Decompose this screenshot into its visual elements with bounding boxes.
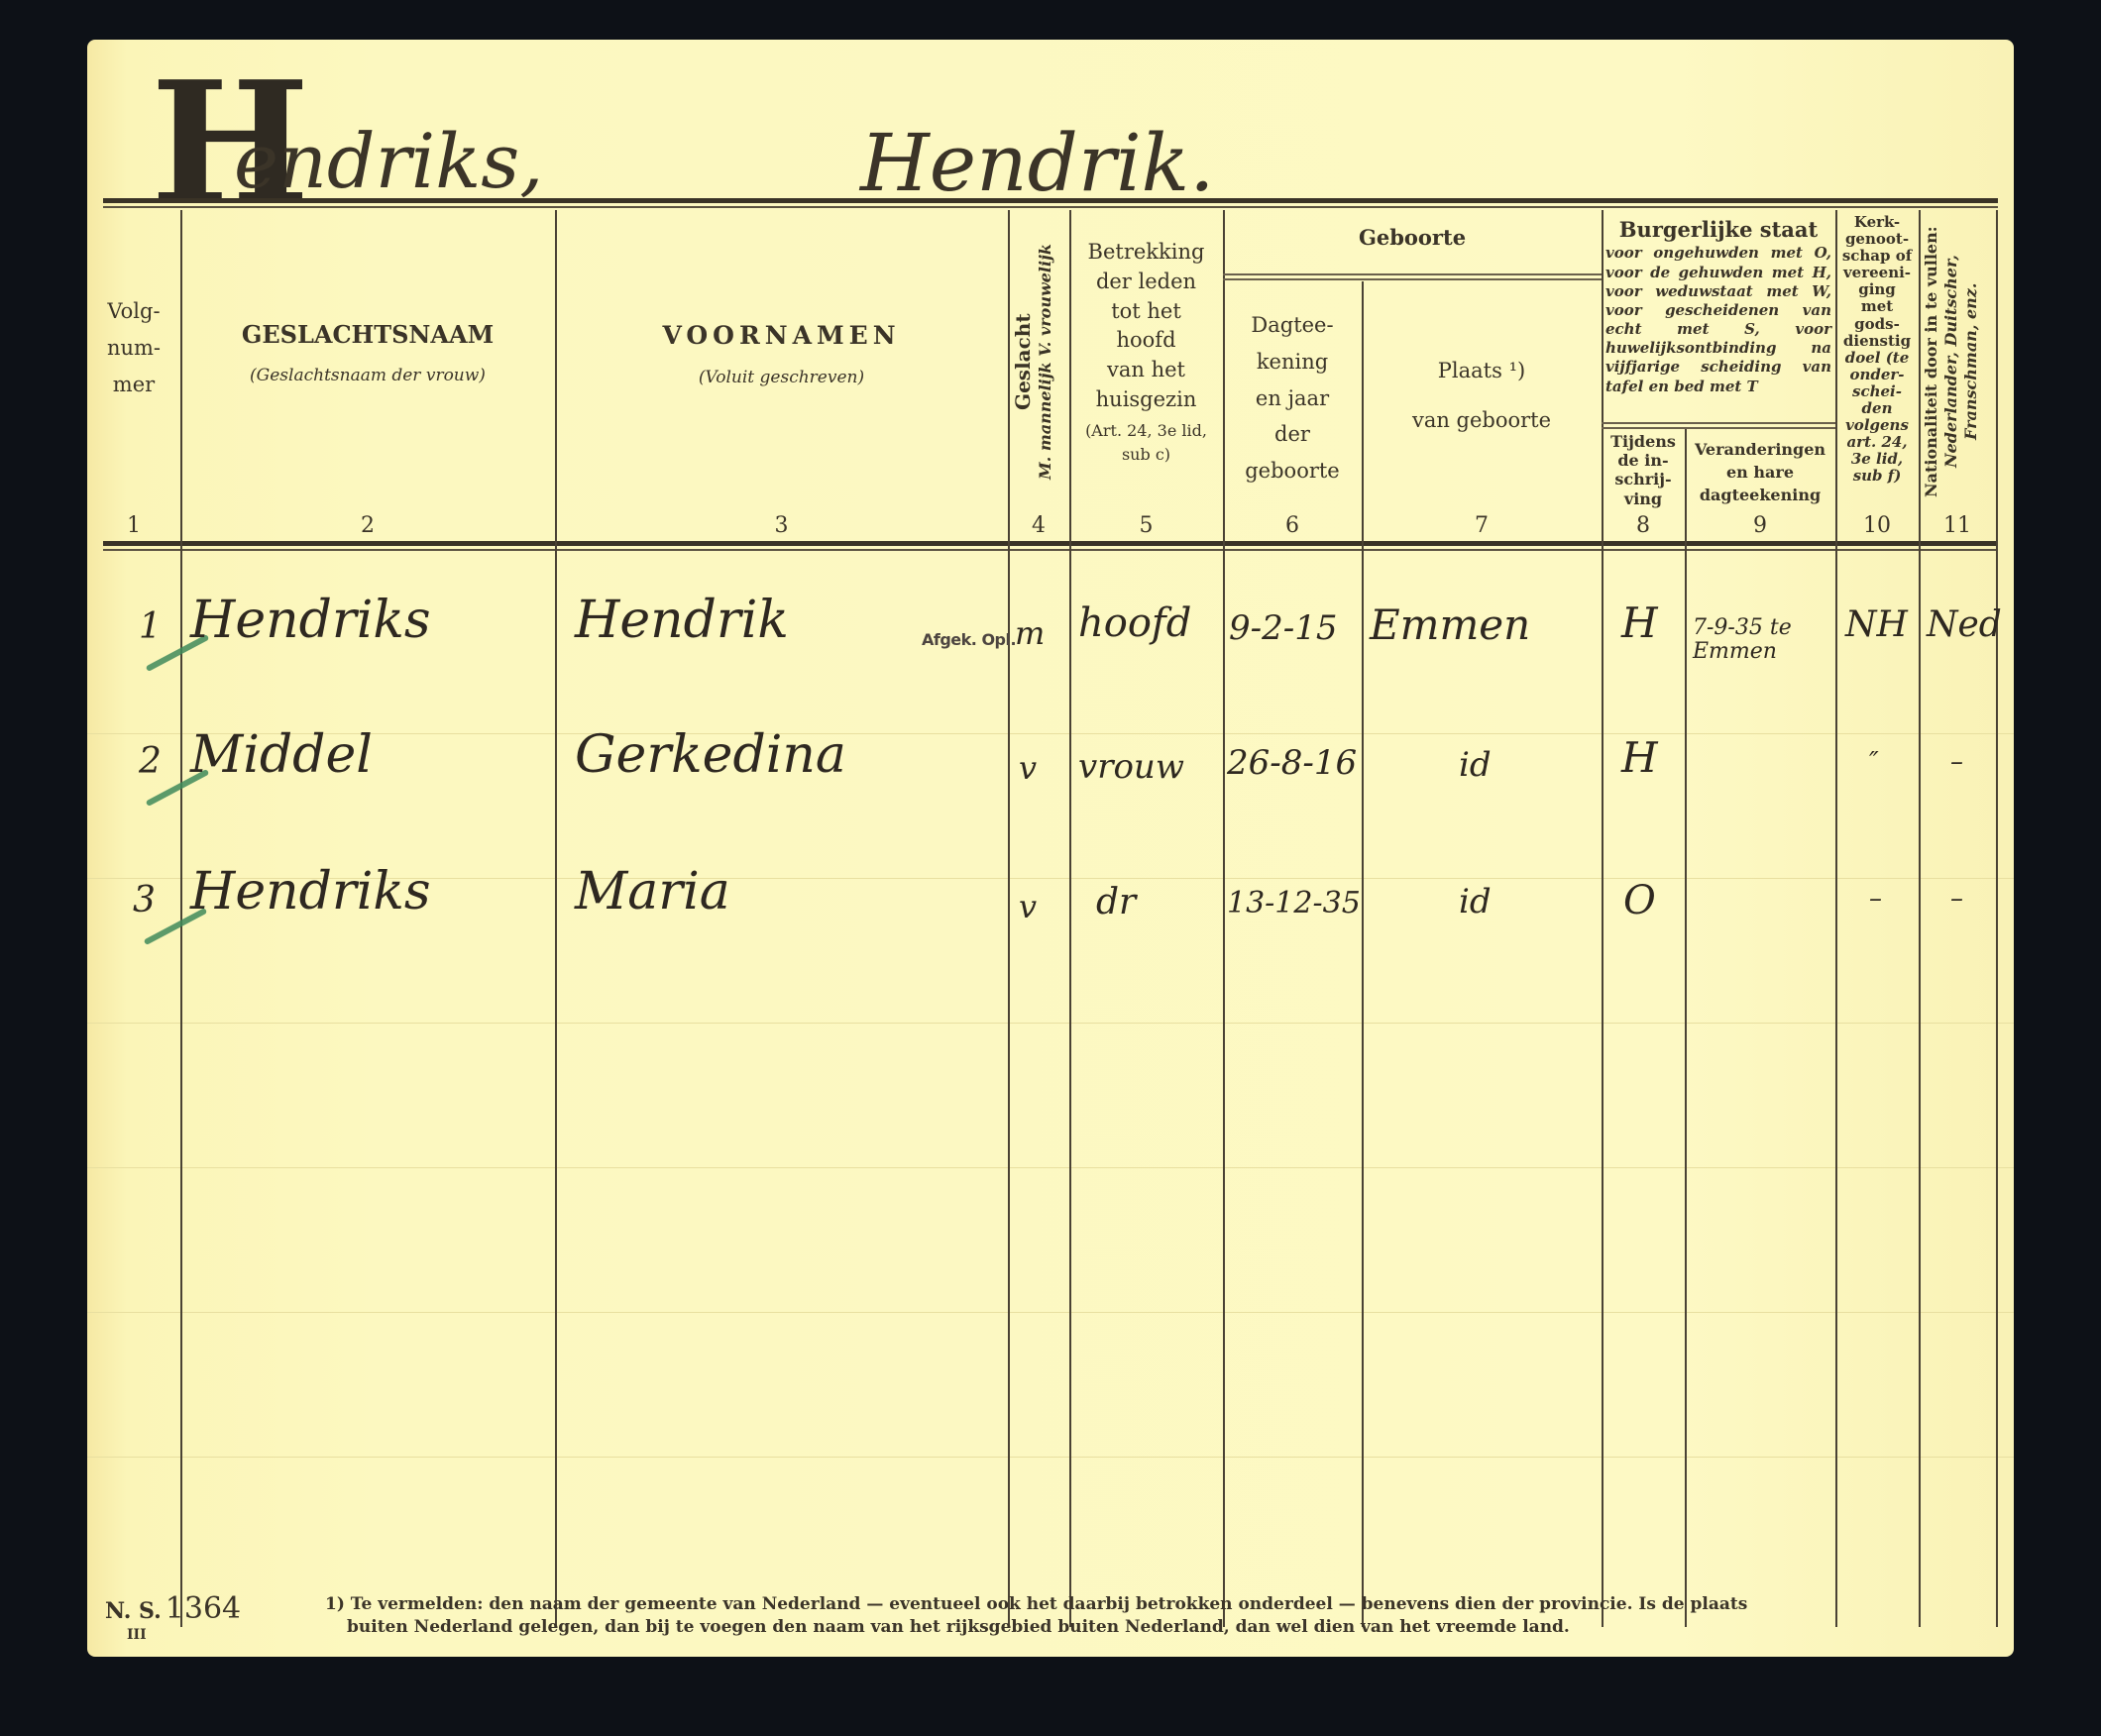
row-geslacht: m	[1015, 614, 1045, 652]
header-geslachtsnaam: GESLACHTSNAAM (Geslachtsnaam der vrouw)	[180, 319, 555, 387]
column-number: 4	[1008, 513, 1069, 538]
header-subtitle: (Art. 24, 3e lid, sub c)	[1069, 419, 1223, 467]
header-nationaliteit: Nationaliteit door in te vullen: Nederla…	[1922, 218, 1993, 505]
title-surname: endriks,	[234, 117, 543, 205]
header-text: schap of	[1835, 248, 1919, 265]
burgerlijke-group-rule	[1602, 427, 1835, 429]
column-number: 2	[180, 513, 555, 538]
header-kerkgenootschap: Kerk- genoot- schap of vereeni- ging met…	[1835, 214, 1919, 486]
column-divider	[1362, 281, 1364, 1627]
column-number: 7	[1362, 513, 1602, 538]
header-title: VOORNAMEN	[555, 319, 1008, 353]
row-volgnummer: 2	[139, 741, 162, 782]
header-burgerlijke-staat: Burgerlijke staat voor ongehuwden met O,…	[1605, 216, 1831, 396]
header-plaats: Plaats ¹) van geboorte	[1362, 357, 1602, 435]
header-subtitle: voor ongehuwden met O, voor de gehuwden …	[1605, 244, 1831, 396]
column-number: 5	[1069, 513, 1223, 538]
column-divider	[1685, 428, 1687, 1627]
row-geboortedatum: 26-8-16	[1227, 743, 1357, 783]
row-nationaliteit: Ned	[1927, 604, 2002, 645]
header-top-rule	[103, 198, 1998, 203]
header-text: geboorte	[1223, 453, 1362, 489]
register-card: H endriks, Hendrik. Volg- num- mer GESLA…	[87, 40, 2014, 1657]
header-text: doel (te	[1835, 350, 1919, 367]
header-text: dagteekening	[1685, 484, 1835, 506]
header-geboorte-group: Geboorte	[1223, 224, 1602, 252]
header-text: der leden	[1069, 268, 1223, 297]
header-text: mer	[87, 367, 180, 403]
header-text: kening	[1223, 344, 1362, 380]
header-text: van het	[1069, 356, 1223, 385]
title-firstname: Hendrik.	[860, 117, 1215, 209]
header-title: Burgerlijke staat	[1605, 216, 1831, 244]
header-title: Plaats ¹)	[1362, 357, 1602, 384]
ruled-line	[87, 733, 2014, 734]
row-geslacht: v	[1019, 888, 1037, 925]
header-text: de in-	[1602, 451, 1685, 470]
header-title: Geslacht	[1011, 218, 1036, 505]
header-text: onder-	[1835, 367, 1919, 383]
column-number: 10	[1835, 513, 1919, 538]
row-kerkgenootschap: NH	[1845, 604, 1908, 645]
header-text: en jaar	[1223, 380, 1362, 417]
header-text: gods-	[1835, 316, 1919, 333]
column-number: 1	[87, 513, 180, 538]
header-text: en hare	[1685, 461, 1835, 484]
row-voornamen: Gerkedina	[575, 725, 846, 785]
row-geslachtsnaam: Middel	[190, 725, 373, 785]
header-subtitle: (Geslachtsnaam der vrouw)	[180, 365, 555, 387]
header-text: Veranderingen	[1685, 438, 1835, 461]
ruled-line	[87, 1023, 2014, 1024]
row-nationaliteit: –	[1950, 747, 1963, 777]
header-text: der	[1223, 416, 1362, 453]
column-number: 3	[555, 513, 1008, 538]
header-text: Betrekking	[1069, 238, 1223, 268]
column-number: 8	[1602, 513, 1685, 538]
geboorte-group-rule	[1223, 278, 1602, 280]
header-text: vereeni-	[1835, 265, 1919, 281]
header-text: met	[1835, 298, 1919, 315]
header-text: tot het	[1069, 297, 1223, 327]
row-kerkgenootschap: –	[1869, 884, 1882, 914]
row-kerkgenootschap: ″	[1869, 747, 1879, 777]
header-subtitle: (Voluit geschreven)	[555, 367, 1008, 389]
header-text: Volg-	[87, 293, 180, 330]
row-geboorteplaats: Emmen	[1370, 600, 1530, 649]
row-volgnummer: 3	[133, 880, 156, 921]
header-text: den	[1835, 400, 1919, 417]
footnote: 1) Te vermelden: den naam der gemeente v…	[325, 1593, 1911, 1639]
card-right-border	[1996, 210, 1998, 1627]
row-voornamen: Hendrik	[575, 591, 789, 650]
row-betrekking: vrouw	[1078, 747, 1184, 787]
row-staat-inschrijving: H	[1621, 598, 1658, 647]
row-staat-veranderingen: 7-9-35 te Emmen	[1693, 616, 1831, 664]
column-number: 11	[1919, 513, 1996, 538]
header-dagteekening: Dagtee- kening en jaar der geboorte	[1223, 307, 1362, 489]
column-number: 6	[1223, 513, 1362, 538]
form-code-prefix: N. S.	[105, 1598, 162, 1624]
row-staat-inschrijving: O	[1623, 878, 1656, 923]
row-betrekking: hoofd	[1078, 600, 1191, 646]
header-subtitle: Nederlander, Duitscher, Franschman, enz.	[1941, 218, 1981, 505]
header-veranderingen: Veranderingen en hare dagteekening	[1685, 438, 1835, 507]
header-text: ging	[1835, 281, 1919, 298]
column-divider	[555, 210, 557, 1627]
row-volgnummer: 1	[139, 606, 162, 647]
header-title: GESLACHTSNAAM	[180, 319, 555, 351]
row-geboorteplaats: id	[1459, 745, 1492, 785]
row-geslachtsnaam: Hendriks	[190, 591, 431, 650]
header-geslacht: Geslacht M. mannelijk V. vrouwelijk	[1011, 218, 1066, 505]
row-betrekking: dr	[1096, 882, 1136, 922]
burgerlijke-group-rule	[1602, 422, 1835, 424]
header-top-rule-thin	[103, 206, 1998, 208]
header-text: hoofd	[1069, 326, 1223, 356]
row-geboorteplaats: id	[1459, 882, 1492, 922]
header-title: Nationaliteit door in te vullen:	[1922, 218, 1941, 505]
form-number: 1364	[166, 1591, 241, 1626]
header-text: sub f)	[1835, 468, 1919, 485]
column-divider	[1919, 210, 1921, 1627]
form-code: N. S.1364	[105, 1591, 241, 1626]
column-divider	[1008, 210, 1010, 1627]
header-text: Tijdens	[1602, 432, 1685, 451]
header-text: Kerk-	[1835, 214, 1919, 231]
header-bottom-rule	[103, 541, 1998, 546]
header-volgnummer: Volg- num- mer	[87, 293, 180, 402]
header-text: ving	[1602, 489, 1685, 508]
footnote-line: buiten Nederland gelegen, dan bij te voe…	[325, 1616, 1911, 1639]
row-geboortedatum: 9-2-15	[1229, 608, 1338, 648]
column-number: 9	[1685, 513, 1835, 538]
header-text: dienstig	[1835, 333, 1919, 350]
header-bottom-rule-thin	[103, 549, 1998, 551]
header-text: huisgezin	[1069, 385, 1223, 415]
row-nationaliteit: –	[1950, 884, 1963, 914]
header-subtitle: van geboorte	[1362, 406, 1602, 434]
row-geslachtsnaam: Hendriks	[190, 862, 431, 922]
header-betrekking: Betrekking der leden tot het hoofd van h…	[1069, 238, 1223, 467]
ruled-line	[87, 1457, 2014, 1458]
ruled-line	[87, 1167, 2014, 1168]
row-geslacht: v	[1019, 749, 1037, 787]
header-text: art. 24,	[1835, 434, 1919, 451]
header-voornamen: VOORNAMEN (Voluit geschreven)	[555, 319, 1008, 389]
row-voornamen: Maria	[575, 862, 730, 922]
row-geboortedatum: 13-12-35	[1227, 886, 1361, 921]
header-text: schrij-	[1602, 470, 1685, 488]
ruled-line	[87, 1312, 2014, 1313]
geboorte-group-rule	[1223, 273, 1602, 275]
header-text: 3e lid,	[1835, 451, 1919, 468]
header-text: Dagtee-	[1223, 307, 1362, 344]
header-text: genoot-	[1835, 231, 1919, 248]
header-text: schei-	[1835, 383, 1919, 400]
header-subtitle: M. mannelijk V. vrouwelijk	[1036, 218, 1055, 505]
row-staat-inschrijving: H	[1621, 733, 1658, 782]
header-text: volgens	[1835, 417, 1919, 434]
row-stamp: Afgek. Opl.	[922, 630, 1016, 649]
header-tijdens-inschrijving: Tijdens de in- schrij- ving	[1602, 432, 1685, 508]
footnote-line: 1) Te vermelden: den naam der gemeente v…	[325, 1594, 1747, 1614]
form-sub: III	[127, 1627, 147, 1643]
header-text: num-	[87, 330, 180, 367]
